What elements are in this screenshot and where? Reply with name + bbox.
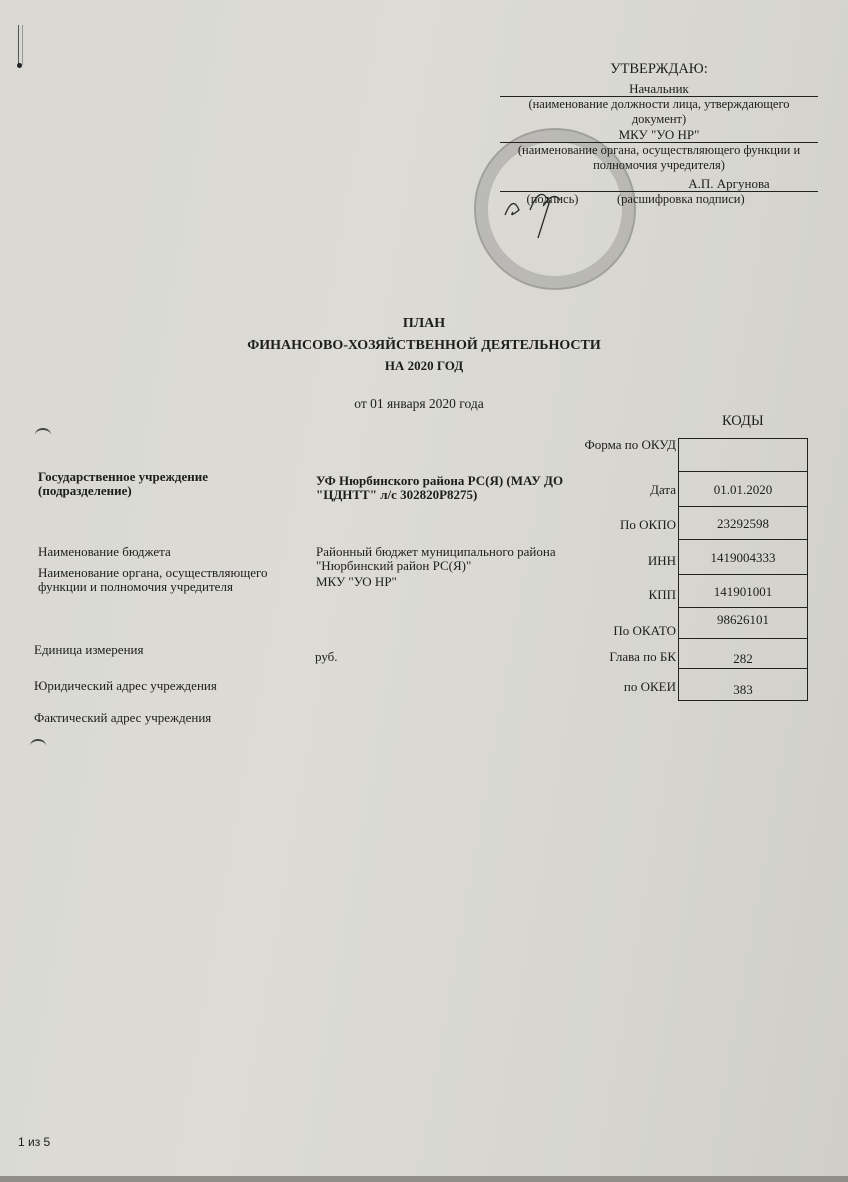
institution-label: Государственное учреждение (подразделени…	[38, 470, 278, 498]
code-value-okei: 383	[679, 669, 807, 700]
code-label-bk: Глава по БК	[506, 649, 676, 664]
page-indicator: 1 из 5	[18, 1135, 50, 1149]
approver-organization: МКУ "УО НР"	[500, 127, 818, 143]
founder-value: МКУ "УО НР"	[316, 575, 397, 589]
code-value-date: 01.01.2020	[679, 472, 807, 507]
signature-row: А.П. Аргунова	[500, 173, 818, 192]
code-value-okato: 98626101	[679, 608, 807, 639]
document-date: от 01 января 2020 года	[0, 396, 838, 412]
document-title-year: НА 2020 ГОД	[0, 358, 848, 374]
code-label-inn: ИНН	[506, 553, 676, 568]
unit-value: руб.	[315, 650, 338, 664]
legal-address-label: Юридический адрес учреждения	[34, 679, 217, 693]
signatory-name: А.П. Аргунова	[620, 176, 818, 191]
approver-position: Начальник	[500, 81, 818, 97]
code-value-okud	[679, 439, 807, 472]
staple-mark	[18, 25, 23, 65]
signature-hint: (подпись)	[500, 192, 605, 207]
punch-hole-lower	[30, 739, 46, 753]
approval-title: УТВЕРЖДАЮ:	[500, 62, 818, 77]
code-value-kpp: 141901001	[679, 575, 807, 608]
codes-title: КОДЫ	[722, 413, 764, 430]
approval-block: УТВЕРЖДАЮ: Начальник (наименование должн…	[500, 62, 818, 207]
code-label-okei: по ОКЕИ	[506, 679, 676, 694]
code-label-kpp: КПП	[506, 587, 676, 602]
codes-table: 01.01.2020 23292598 1419004333 141901001…	[678, 438, 808, 701]
founder-label: Наименование органа, осуществляющего фун…	[38, 566, 298, 594]
page-bottom-edge	[0, 1176, 848, 1182]
code-label-okpo: По ОКПО	[506, 517, 676, 532]
punch-hole-upper	[35, 428, 51, 442]
document-title-plan: ПЛАН	[0, 316, 848, 332]
code-value-bk: 282	[679, 639, 807, 669]
budget-label: Наименование бюджета	[38, 545, 171, 559]
position-hint: (наименование должности лица, утверждающ…	[500, 97, 818, 127]
organization-hint: (наименование органа, осуществляющего фу…	[500, 143, 818, 173]
actual-address-label: Фактический адрес учреждения	[34, 711, 211, 725]
code-label-okato: По ОКАТО	[506, 623, 676, 638]
code-label-okud: Форма по ОКУД	[506, 437, 676, 452]
unit-label: Единица измерения	[34, 643, 143, 657]
code-value-okpo: 23292598	[679, 507, 807, 540]
code-value-inn: 1419004333	[679, 540, 807, 575]
name-hint: (расшифровка подписи)	[605, 192, 818, 207]
code-label-date: Дата	[506, 482, 676, 497]
document-title-main: ФИНАНСОВО-ХОЗЯЙСТВЕННОЙ ДЕЯТЕЛЬНОСТИ	[0, 338, 848, 354]
